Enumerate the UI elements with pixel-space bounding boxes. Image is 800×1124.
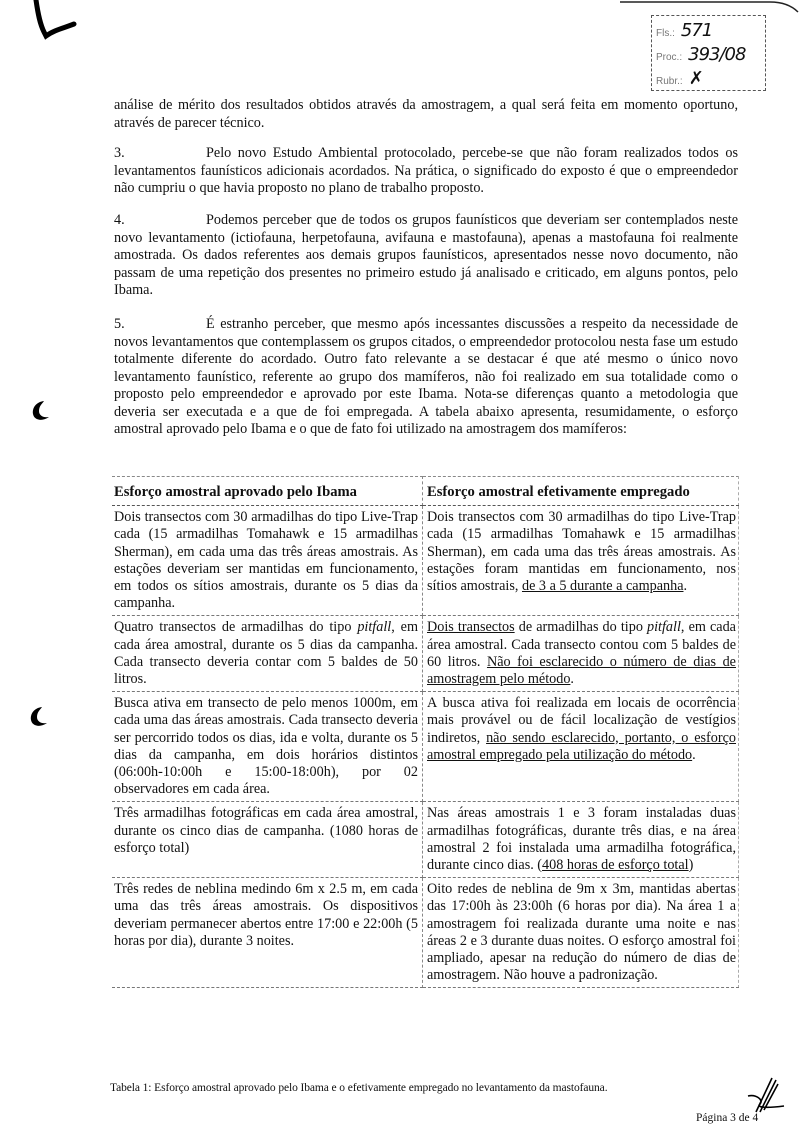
table-caption: Tabela 1: Esforço amostral aprovado pelo…	[110, 1082, 607, 1094]
protocol-stamp: Fls.:571 Proc.:393/08 Rubr.:✗	[651, 15, 766, 91]
underlined-text: 408 horas de esforço total	[542, 857, 689, 873]
cell-text: )	[689, 857, 694, 873]
cell-text: de armadilhas do tipo	[515, 619, 647, 635]
cell-approved-live-trap: Dois transectos com 30 armadilhas do tip…	[112, 506, 423, 616]
stamp-proc-label: Proc.:	[656, 52, 682, 63]
cell-used-pitfall: Dois transectos de armadilhas do tipo pi…	[423, 616, 739, 692]
paragraph-text: É estranho perceber, que mesmo após ince…	[114, 316, 738, 437]
cell-text: .	[692, 747, 696, 763]
underlined-text: Dois transectos	[427, 619, 515, 635]
stamp-fls-value: 571	[681, 20, 712, 41]
table-header-row: Esforço amostral aprovado pelo Ibama Esf…	[112, 477, 739, 506]
stamp-fls-label: Fls.:	[656, 28, 675, 39]
page-edge-line	[620, 0, 800, 14]
stamp-processo-row: Proc.:393/08	[656, 44, 745, 65]
header-approved: Esforço amostral aprovado pelo Ibama	[112, 477, 423, 506]
stamp-rubrica-row: Rubr.:✗	[656, 68, 703, 89]
stamp-rubr-label: Rubr.:	[656, 76, 683, 87]
italic-text: pitfall	[647, 619, 681, 635]
hole-punch-mark-icon	[32, 400, 50, 422]
paragraph-number: 4.	[114, 212, 206, 230]
paragraph-number: 5.	[114, 316, 206, 334]
table-row: Três armadilhas fotográficas em cada áre…	[112, 802, 739, 878]
cell-used-live-trap: Dois transectos com 30 armadilhas do tip…	[423, 506, 739, 616]
sampling-effort-table: Esforço amostral aprovado pelo Ibama Esf…	[112, 476, 739, 988]
cell-used-mist-nets: Oito redes de neblina de 9m x 3m, mantid…	[423, 878, 739, 988]
hole-punch-mark-icon	[30, 706, 48, 728]
paragraph-text: Pelo novo Estudo Ambiental protocolado, …	[114, 145, 738, 196]
paragraph-continuation: análise de mérito dos resultados obtidos…	[114, 97, 738, 132]
cell-used-camera-traps: Nas áreas amostrais 1 e 3 foram instalad…	[423, 802, 739, 878]
paragraph-text: Podemos perceber que de todos os grupos …	[114, 212, 738, 298]
paragraph-number: 3.	[114, 145, 206, 163]
cell-text: .	[684, 578, 688, 594]
cell-approved-mist-nets: Três redes de neblina medindo 6m x 2.5 m…	[112, 878, 423, 988]
stamp-folhas-row: Fls.:571	[656, 20, 712, 41]
table-row: Quatro transectos de armadilhas do tipo …	[112, 616, 739, 692]
underlined-text: de 3 a 5 durante a campanha	[522, 578, 684, 594]
cell-approved-camera-traps: Três armadilhas fotográficas em cada áre…	[112, 802, 423, 878]
table-row: Três redes de neblina medindo 6m x 2.5 m…	[112, 878, 739, 988]
stamp-proc-value: 393/08	[688, 44, 745, 65]
table-row: Dois transectos com 30 armadilhas do tip…	[112, 506, 739, 616]
cell-text: .	[570, 671, 574, 687]
header-used: Esforço amostral efetivamente empregado	[423, 477, 739, 506]
paragraph-4: 4.Podemos perceber que de todos os grupo…	[114, 212, 738, 300]
paragraph-5: 5.É estranho perceber, que mesmo após in…	[114, 316, 738, 439]
cell-text: Quatro transectos de armadilhas do tipo	[114, 619, 357, 635]
cell-approved-pitfall: Quatro transectos de armadilhas do tipo …	[112, 616, 423, 692]
page-number: Página 3 de 4	[696, 1112, 758, 1124]
table-row: Busca ativa em transecto de pelo menos 1…	[112, 692, 739, 802]
stamp-rubr-value: ✗	[689, 68, 703, 89]
document-page: Fls.:571 Proc.:393/08 Rubr.:✗ análise de…	[0, 0, 800, 1124]
handwritten-check-mark-icon	[30, 0, 90, 50]
italic-text: pitfall	[357, 619, 391, 635]
cell-approved-active-search: Busca ativa em transecto de pelo menos 1…	[112, 692, 423, 802]
cell-used-active-search: A busca ativa foi realizada em locais de…	[423, 692, 739, 802]
signature-initials-icon	[742, 1074, 786, 1114]
paragraph-3: 3.Pelo novo Estudo Ambiental protocolado…	[114, 145, 738, 198]
